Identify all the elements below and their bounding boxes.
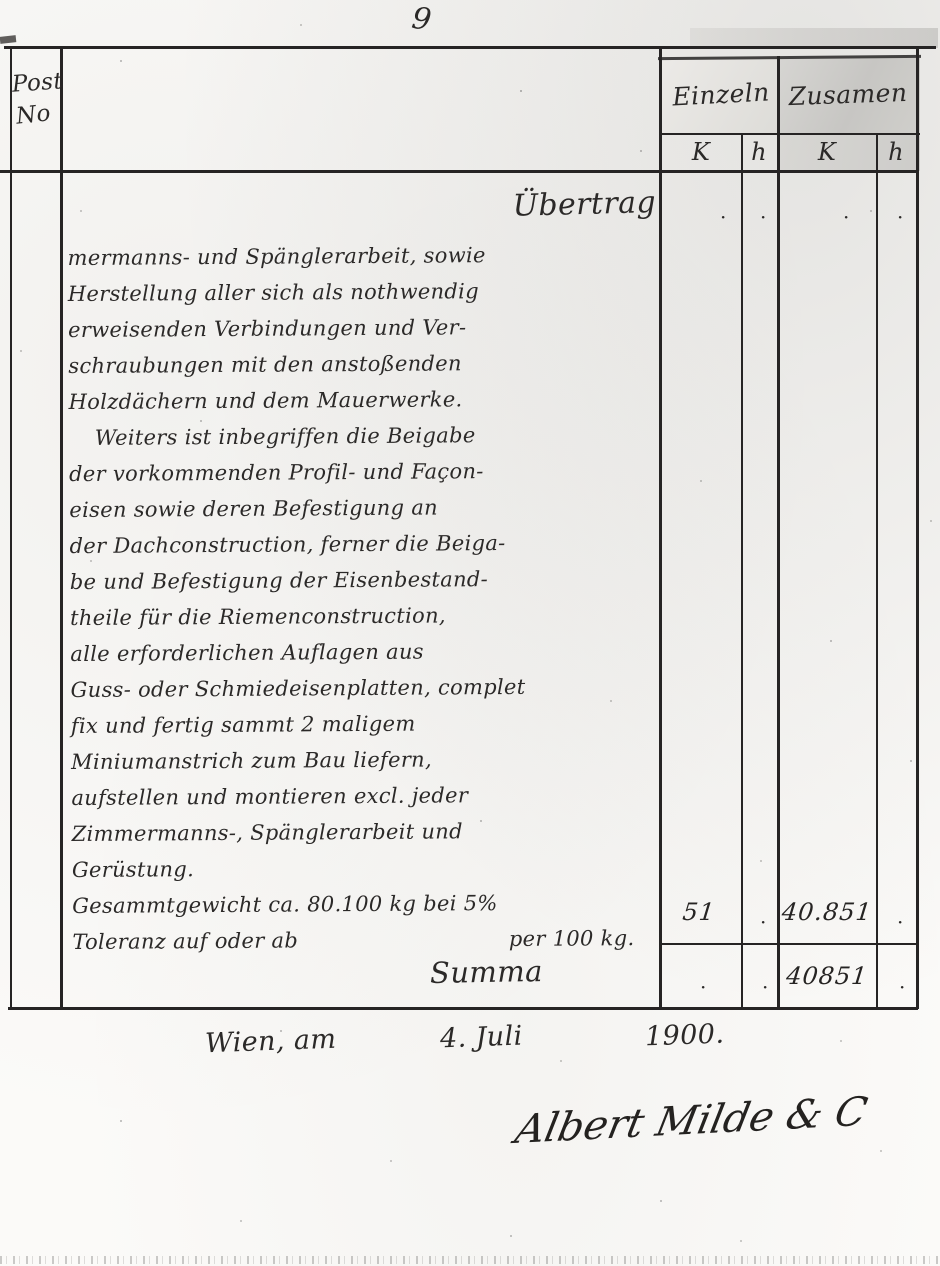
body-line: schraubungen mit den anstoßenden xyxy=(68,344,654,384)
body-top-rule xyxy=(0,170,918,173)
subheader-rule xyxy=(659,133,920,135)
table-left-border xyxy=(10,46,12,1009)
body-line: Holzdächern und dem Mauerwerke. xyxy=(68,380,654,420)
einzeln-column-header: Einzeln xyxy=(667,77,774,112)
zusamen-left-divider xyxy=(777,56,780,1009)
item-zusamen-h-dot: · xyxy=(897,910,903,934)
body-text-block: mermanns- und Spänglerarbeit, sowie Hers… xyxy=(67,236,658,960)
body-line: der vorkommenden Profil- und Façon- xyxy=(69,452,655,492)
uebertrag-einzeln-k-dot: · xyxy=(720,205,726,229)
amount-row-divider xyxy=(660,943,918,945)
zusamen-kh-divider xyxy=(876,133,878,1009)
date-place: Wien, am xyxy=(204,1024,336,1060)
body-line: mermanns- und Spänglerarbeit, sowie xyxy=(67,236,653,276)
summa-label: Summa xyxy=(430,954,543,990)
einzeln-h-subheader: h xyxy=(741,138,777,166)
body-line: theile für die Riemenconstruction, xyxy=(70,596,656,636)
body-line: Zimmermanns-, Spänglerarbeit und xyxy=(72,812,658,852)
table-right-border xyxy=(916,46,919,1009)
weight-line: Gesammtgewicht ca. 80.100 kg bei 5% xyxy=(72,884,658,924)
zusamen-h-subheader: h xyxy=(876,138,916,166)
zusamen-column-header: Zusamen xyxy=(780,78,917,112)
body-line: eisen sowie deren Befestigung an xyxy=(69,488,655,528)
body-line: Gerüstung. xyxy=(72,848,658,888)
body-line: erweisenden Verbindungen und Ver- xyxy=(68,308,654,348)
scanned-document-page: { "page": { "number": "9" }, "table": { … xyxy=(0,0,940,1266)
zusamen-k-subheader: K xyxy=(779,138,875,166)
summa-einzeln-k-dot: · xyxy=(700,975,706,999)
date-year: 1900. xyxy=(644,1019,724,1053)
item-zusamen-k-value: 40.851 xyxy=(780,898,875,926)
body-line: Herstellung aller sich als nothwendig xyxy=(68,272,654,312)
einzeln-kh-divider xyxy=(741,133,743,1009)
uebertrag-einzeln-h-dot: · xyxy=(760,205,766,229)
body-line: Guss- oder Schmiedeisenplatten, complet xyxy=(71,668,657,708)
summa-zusamen-h-dot: · xyxy=(899,975,905,999)
body-line: Miniumanstrich zum Bau liefern, xyxy=(71,740,657,780)
per-100kg-text: per 100 kg. xyxy=(509,920,635,957)
item-einzeln-h-dot: · xyxy=(760,910,766,934)
tolerance-line: Toleranz auf oder ab per 100 kg. xyxy=(72,920,658,960)
summa-zusamen-k-value: 40851 xyxy=(780,962,875,990)
body-line: fix und fertig sammt 2 maligem xyxy=(71,704,657,744)
body-line: Weiters ist inbegriffen die Beigabe xyxy=(69,416,655,456)
uebertrag-heading: Übertrag xyxy=(430,185,657,226)
uebertrag-zusamen-k-dot: · xyxy=(843,205,849,229)
date-day: 4. Juli xyxy=(439,1021,523,1055)
postno-divider xyxy=(60,46,63,1009)
scan-edge-artifact xyxy=(0,1256,940,1264)
summa-einzeln-h-dot: · xyxy=(762,975,768,999)
postno-header-line2: No xyxy=(15,100,52,129)
body-line: be und Befestigung der Eisenbestand- xyxy=(70,560,656,600)
table-top-rule xyxy=(4,46,936,49)
header-shade-top xyxy=(690,28,938,48)
amounts-left-divider xyxy=(659,46,662,1009)
einzeln-k-subheader: K xyxy=(662,138,740,166)
body-line: aufstellen und montieren excl. jeder xyxy=(71,776,657,816)
postno-header-line1: Post xyxy=(11,68,64,97)
tolerance-text: Toleranz auf oder ab xyxy=(72,922,298,960)
table-bottom-rule xyxy=(8,1007,918,1010)
body-line: alle erforderlichen Auflagen aus xyxy=(70,632,656,672)
item-einzeln-k-value: 51 xyxy=(661,898,738,926)
body-line: der Dachconstruction, ferner die Beiga- xyxy=(70,524,656,564)
scan-noise xyxy=(0,0,2,2)
uebertrag-zusamen-h-dot: · xyxy=(897,205,903,229)
